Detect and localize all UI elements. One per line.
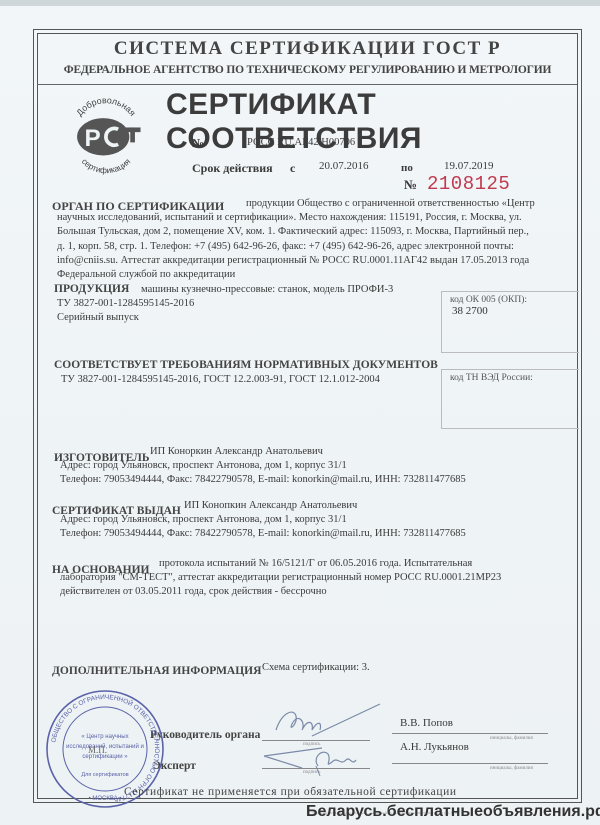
name-caption: инициалы, фамилия bbox=[490, 766, 533, 771]
basis-line: действителен от 03.05.2011 года, срок де… bbox=[60, 585, 327, 600]
tnved-code-box: код ТН ВЭД России: bbox=[441, 369, 579, 429]
validity-to-label: по bbox=[401, 162, 413, 174]
manufacturer-address: Адрес: город Ульяновск, проспект Антонов… bbox=[60, 459, 347, 474]
number-symbol: № bbox=[192, 136, 204, 151]
okp-code-label: код ОК 005 (ОКП): bbox=[442, 292, 579, 305]
expert-name: А.Н. Лукьянов bbox=[400, 740, 469, 755]
certification-body-line: д. 1, корп. 58, стр. 1. Телефон: +7 (495… bbox=[57, 240, 514, 255]
product-label: ПРОДУКЦИЯ bbox=[54, 283, 129, 295]
certification-scheme: Схема сертификации: 3. bbox=[262, 661, 370, 676]
certification-body-line: Большая Тульская, дом 2, помещение XV, к… bbox=[57, 225, 529, 240]
certification-system-title: СИСТЕМА СЕРТИФИКАЦИИ ГОСТ Р bbox=[38, 38, 577, 60]
svg-text:Р: Р bbox=[85, 125, 101, 152]
compliance-documents: ТУ 3827-001-1284595145-2016, ГОСТ 12.2.0… bbox=[61, 373, 380, 388]
certification-body-line: научных исследований, испытаний и сертиф… bbox=[57, 211, 522, 226]
product-name: машины кузнечно-прессовые: станок, модел… bbox=[141, 283, 393, 298]
scan-edge bbox=[0, 0, 600, 6]
head-name: В.В. Попов bbox=[400, 716, 453, 731]
svg-text:Для сертификатов: Для сертификатов bbox=[81, 772, 128, 778]
compliance-label: СООТВЕТСТВУЕТ ТРЕБОВАНИЯМ НОРМАТИВНЫХ ДО… bbox=[54, 359, 438, 371]
svg-text:сертификация: сертификация bbox=[80, 156, 132, 175]
expert-name-line bbox=[392, 763, 548, 764]
svg-text:• МОСКВА •: • МОСКВА • bbox=[89, 796, 122, 802]
serial-symbol: № bbox=[404, 177, 417, 193]
certification-body-line: Федеральной службой по аккредитации bbox=[57, 268, 235, 283]
basis-line: лаборатория "СМ-ТЕСТ", аттестат аккредит… bbox=[60, 571, 501, 586]
certificate-page: СИСТЕМА СЕРТИФИКАЦИИ ГОСТ Р ФЕДЕРАЛЬНОЕ … bbox=[0, 0, 600, 825]
svg-text:« Центр научных: « Центр научных bbox=[81, 734, 128, 740]
product-release: Серийный выпуск bbox=[57, 311, 139, 326]
issued-to-address: Адрес: город Ульяновск, проспект Антонов… bbox=[60, 513, 347, 528]
issued-to-name: ИП Конопкин Александр Анатольевич bbox=[184, 499, 357, 514]
manufacturer-name: ИП Коноркин Александр Анатольевич bbox=[150, 445, 323, 460]
certification-body-line: продукции Общество с ограниченной ответс… bbox=[246, 197, 535, 212]
head-name-line bbox=[392, 733, 548, 734]
valid-to-date: 19.07.2019 bbox=[444, 160, 494, 172]
voluntary-notice: Сертификат не применяется при обязательн… bbox=[124, 785, 457, 800]
head-of-body-label: Руководитель органа bbox=[150, 729, 260, 741]
okp-code-value: 38 2700 bbox=[442, 305, 579, 317]
validity-from-label: с bbox=[290, 161, 295, 176]
svg-text:Добровольная: Добровольная bbox=[74, 95, 138, 118]
registration-number: РОСС RU.АГ42.Н00706 bbox=[247, 137, 355, 148]
rst-logo-icon: Добровольная сертификация Р bbox=[64, 92, 148, 176]
agency-title: ФЕДЕРАЛЬНОЕ АГЕНТСТВО ПО ТЕХНИЧЕСКОМУ РЕ… bbox=[38, 64, 577, 76]
serial-number: 2108125 bbox=[427, 173, 510, 195]
okp-code-box: код ОК 005 (ОКП): 38 2700 bbox=[441, 291, 579, 353]
valid-from-date: 20.07.2016 bbox=[319, 160, 369, 172]
tnved-code-label: код ТН ВЭД России: bbox=[442, 370, 579, 383]
manufacturer-contacts: Телефон: 79053494444, Факс: 78422790578,… bbox=[60, 473, 466, 488]
additional-info-label: ДОПОЛНИТЕЛЬНАЯ ИНФОРМАЦИЯ bbox=[52, 665, 261, 677]
watermark: Беларусь.бесплатныеобъявления.рф bbox=[306, 803, 600, 821]
header-divider bbox=[37, 84, 577, 85]
stamp-place-label: М.П. bbox=[88, 743, 107, 758]
certificate-title: СЕРТИФИКАТ СООТВЕТСТВИЯ bbox=[166, 88, 600, 156]
name-caption: инициалы, фамилия bbox=[490, 736, 533, 741]
certification-body-line: info@cniis.su. Аттестат аккредитации рег… bbox=[57, 254, 529, 269]
validity-label: Срок действия bbox=[192, 161, 273, 176]
product-spec: ТУ 3827-001-1284595145-2016 bbox=[57, 297, 194, 312]
expert-signature-icon bbox=[262, 738, 372, 778]
basis-line: протокола испытаний № 16/5121/Г от 06.05… bbox=[159, 557, 472, 572]
issued-to-contacts: Телефон: 79053494444, Факс: 78422790578,… bbox=[60, 527, 466, 542]
